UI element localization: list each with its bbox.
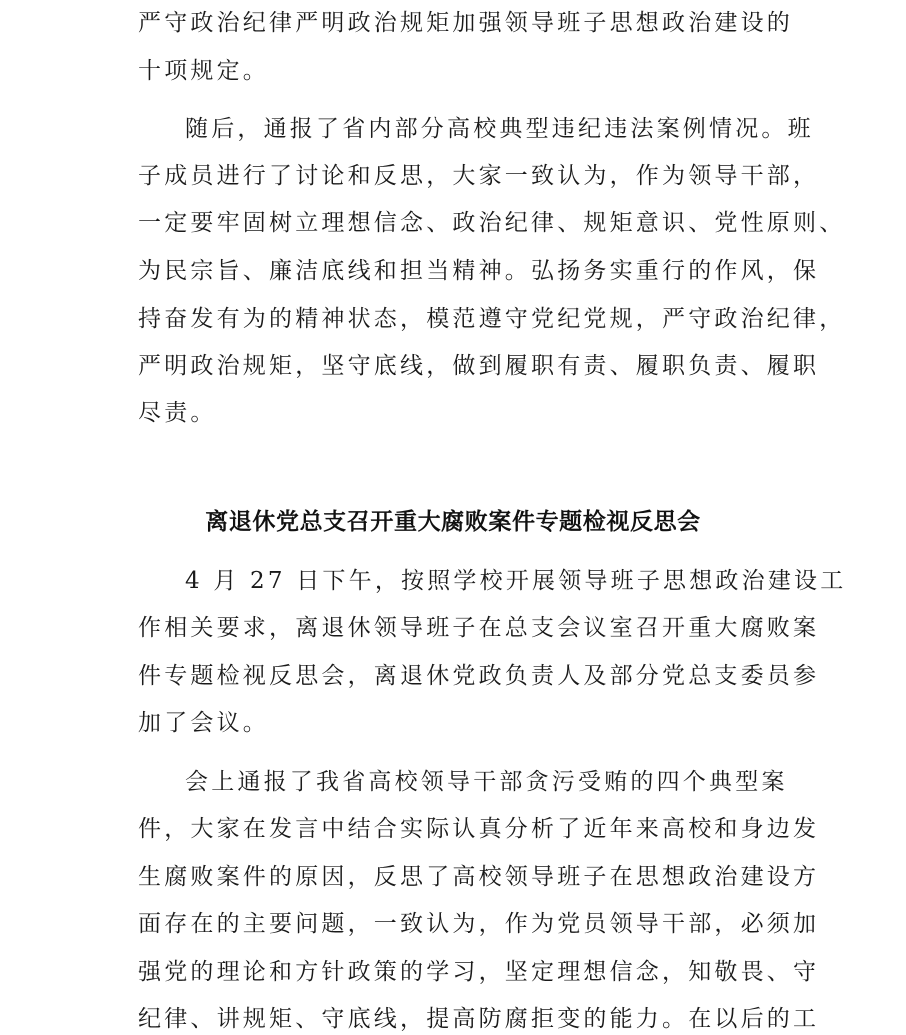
text-line: 会上通报了我省高校领导干部贪污受贿的四个典型案: [185, 767, 788, 797]
text-line: 严守政治纪律严明政治规矩加强领导班子思想政治建设的: [138, 8, 793, 38]
text-line: 为民宗旨、廉洁底线和担当精神。弘扬务实重行的作风，保: [138, 256, 819, 286]
text-line: 严明政治规矩，坚守底线，做到履职有责、履职负责、履职: [138, 351, 819, 381]
section-heading: 离退休党总支召开重大腐败案件专题检视反思会: [0, 506, 906, 538]
text-line: 尽责。: [138, 398, 217, 428]
text-line: 子成员进行了讨论和反思，大家一致认为，作为领导干部，: [138, 161, 819, 191]
text-line: 4 月 27 日下午，按照学校开展领导班子思想政治建设工: [185, 566, 846, 596]
text-line: 件，大家在发言中结合实际认真分析了近年来高校和身边发: [138, 814, 819, 844]
text-line: 随后，通报了省内部分高校典型违纪违法案例情况。班: [185, 114, 814, 144]
text-line: 一定要牢固树立理想信念、政治纪律、规矩意识、党性原则、: [138, 208, 845, 238]
text-line: 面存在的主要问题，一致认为，作为党员领导干部，必须加: [138, 909, 819, 939]
text-line: 件专题检视反思会，离退休党政负责人及部分党总支委员参: [138, 661, 819, 691]
text-line: 纪律、讲规矩、守底线，提高防腐拒变的能力。在以后的工: [138, 1004, 819, 1034]
text-line: 生腐败案件的原因，反思了高校领导班子在思想政治建设方: [138, 862, 819, 892]
document-page: 严守政治纪律严明政治规矩加强领导班子思想政治建设的 十项规定。 随后，通报了省内…: [0, 0, 906, 1035]
text-line: 作相关要求，离退休领导班子在总支会议室召开重大腐败案: [138, 613, 819, 643]
text-line: 加了会议。: [138, 708, 269, 738]
text-line: 强党的理论和方针政策的学习，坚定理想信念，知敬畏、守: [138, 957, 819, 987]
text-line: 十项规定。: [138, 56, 269, 86]
text-line: 持奋发有为的精神状态，模范遵守党纪党规，严守政治纪律，: [138, 304, 845, 334]
